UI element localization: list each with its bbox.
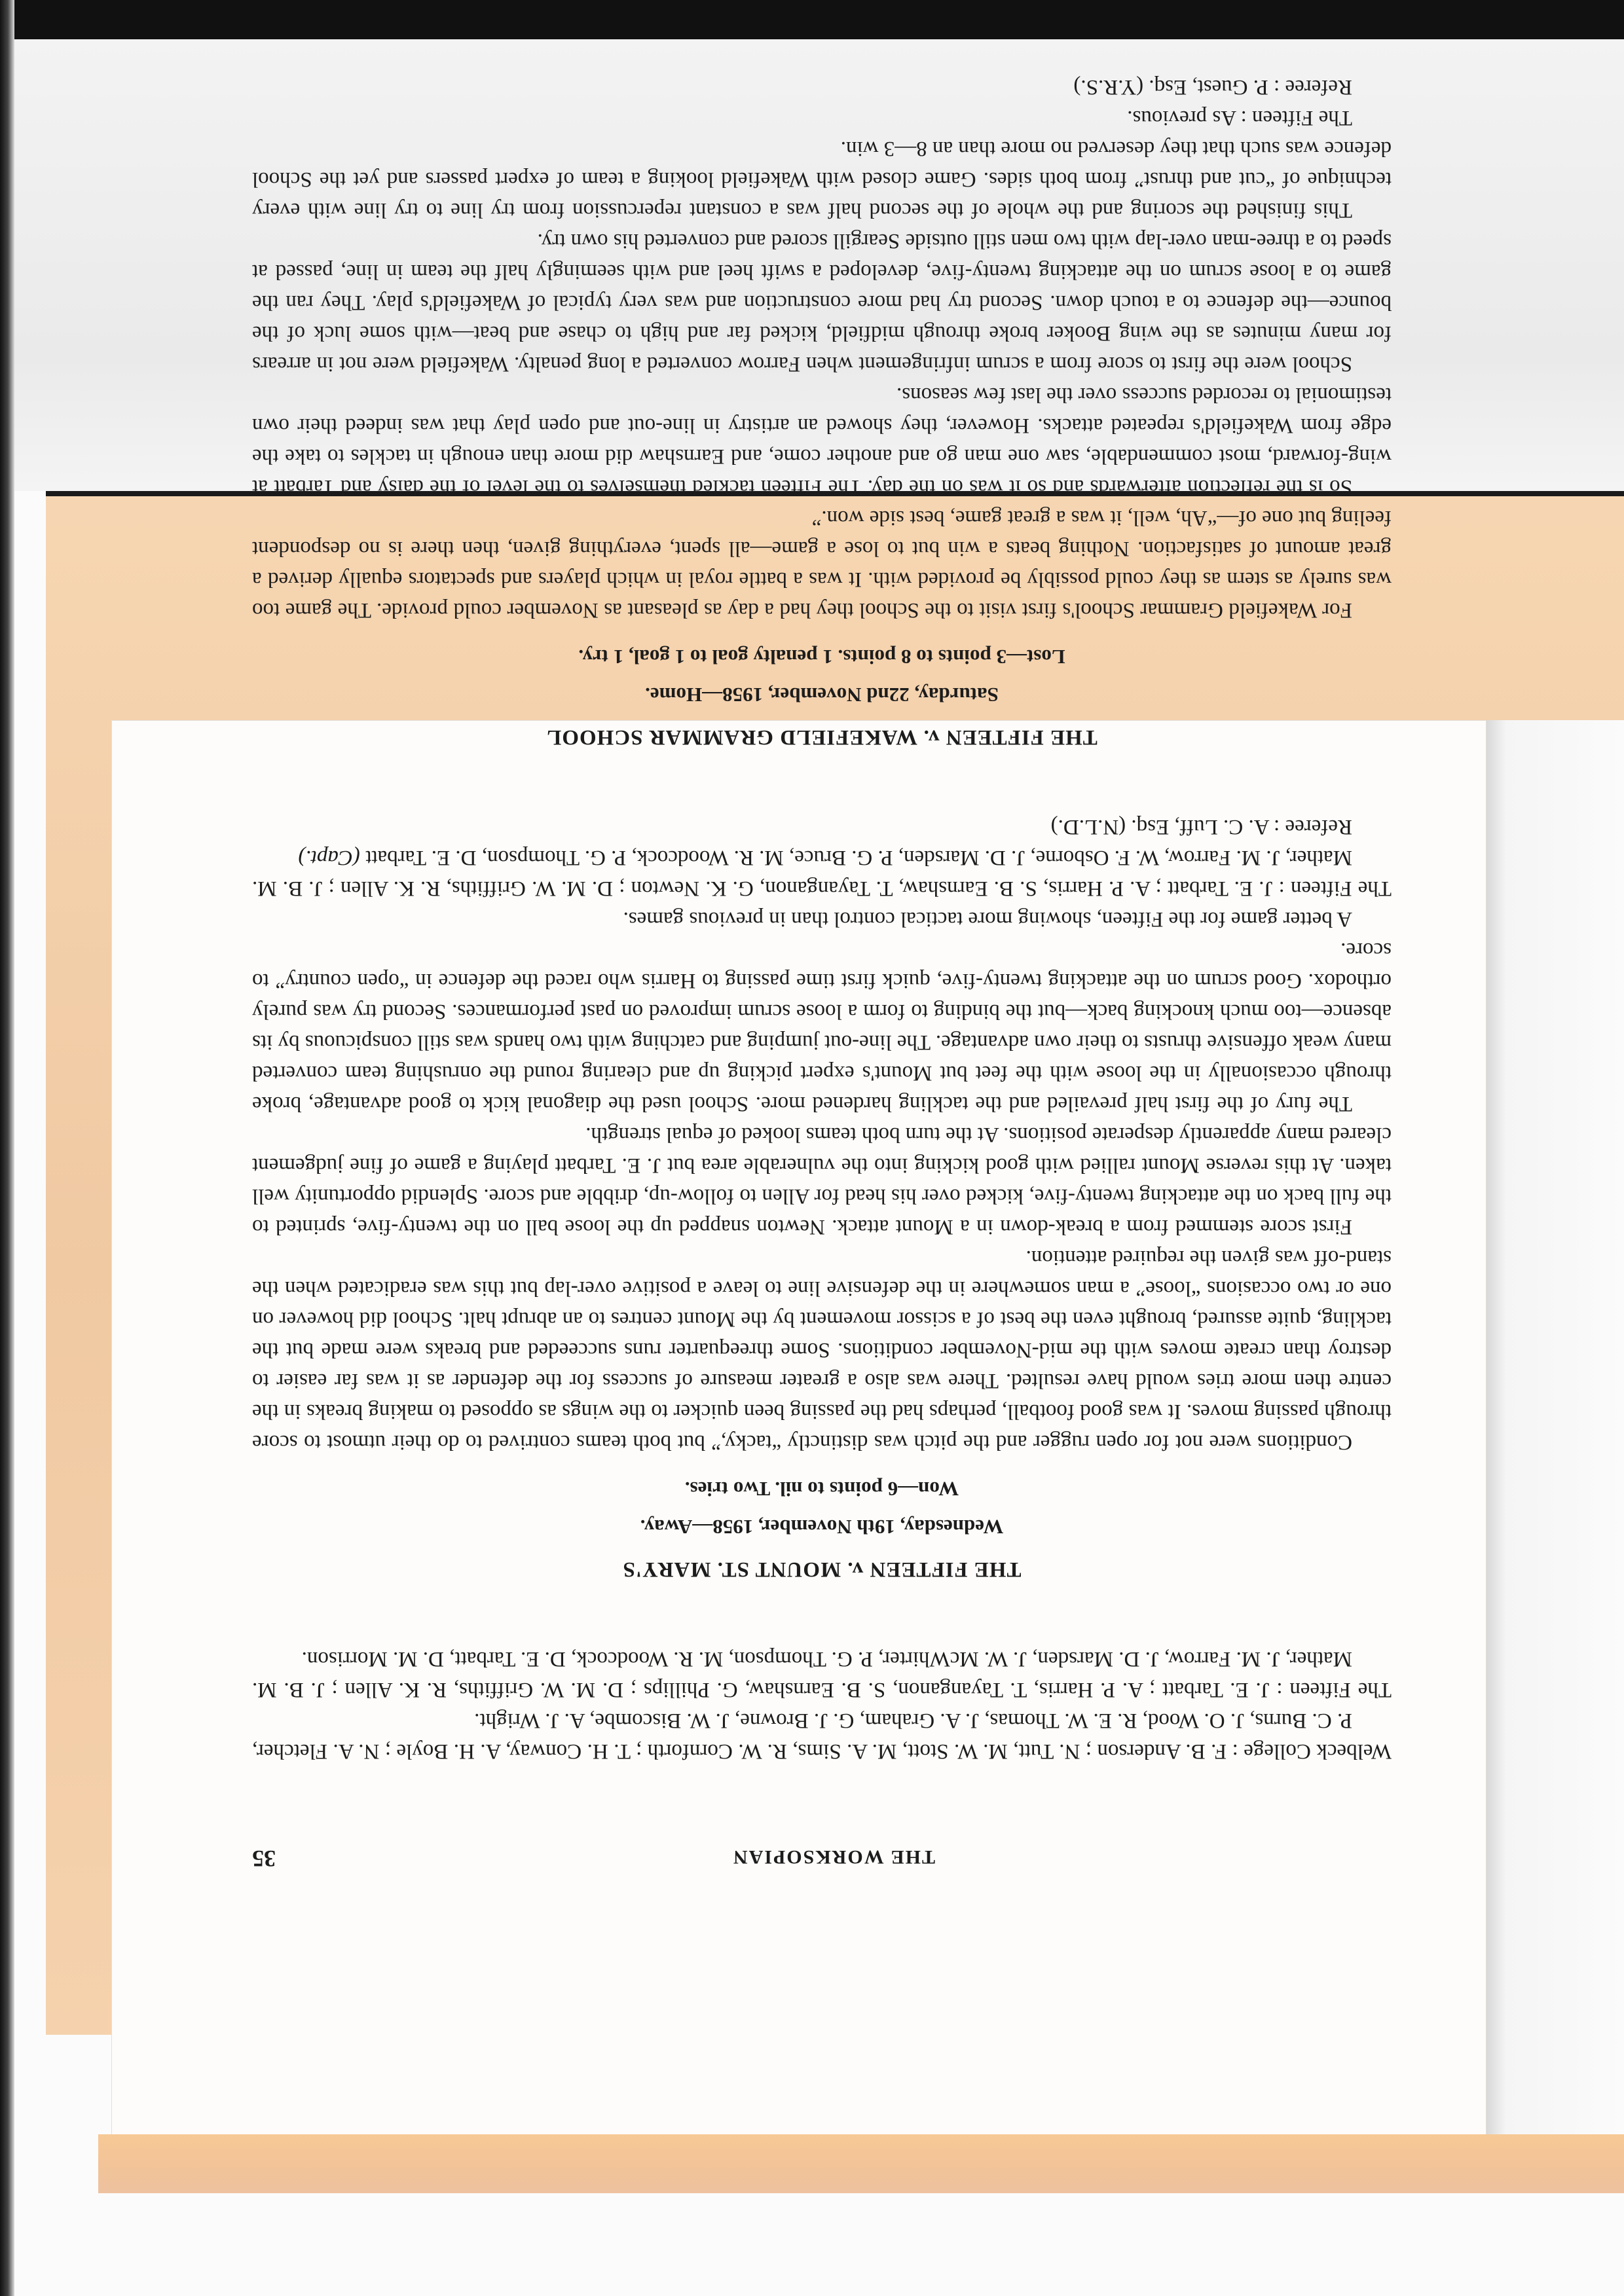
fifteen-label: The Fifteen : [1276, 1678, 1392, 1702]
match-title: THE FIFTEEN v. MOUNT ST. MARY'S [252, 1557, 1392, 1581]
referee-line: Referee : A. C. Luff, Esq. (N.L.D.) [252, 811, 1392, 842]
scan-background-left [0, 0, 14, 2296]
fifteen-team-list-prev: The Fifteen : J. E. Tarbatt ; A. P. Harr… [252, 1643, 1392, 1705]
fifteen-label: The Fifteen : [1279, 877, 1392, 900]
welbeck-label: Welbeck College : [1232, 1740, 1392, 1763]
fifteen-team-list: The Fifteen : As previous. [252, 102, 1392, 133]
match-result: Won—6 points to nil. Two tries. [252, 1477, 1392, 1501]
fifteen-label: The Fifteen : [1241, 106, 1352, 130]
page-number: 35 [252, 1845, 276, 1872]
match-date: Wednesday, 19th November, 1958—Away. [252, 1515, 1392, 1539]
referee-label: Referee : [1274, 815, 1352, 839]
report-paragraph: The fury of the first half prevailed and… [252, 934, 1392, 1119]
fifteen-players: J. E. Tarbatt ; A. P. Harris, T. Tayanga… [252, 1647, 1352, 1702]
rotated-page-content: THE WORKSOPIAN 35 Welbeck College : F. B… [111, 720, 1486, 2147]
referee-line: Referee : P. Guest, Esq. (Y.R.S.) [252, 71, 1392, 102]
facing-page-edge [1486, 720, 1624, 2147]
captain-mark: (Capt.) [298, 846, 360, 869]
welbeck-team-list: Welbeck College : F. B. Anderson ; N. Tu… [252, 1705, 1392, 1766]
match-report-mount-st-marys: THE FIFTEEN v. MOUNT ST. MARY'S Wednesda… [252, 811, 1392, 1581]
referee-name: P. Guest, Esq. (Y.R.S.) [1073, 75, 1268, 99]
running-title: THE WORKSOPIAN [276, 1846, 1392, 1868]
report-paragraph: A better game for the Fifteen, showing m… [252, 903, 1392, 934]
match-report-wakefield: THE FIFTEEN v. WAKEFIELD GRAMMAR SCHOOL … [252, 71, 1392, 749]
scan-background-top [0, 0, 1624, 39]
report-paragraph: School were the first to score from a sc… [252, 225, 1392, 379]
report-paragraph: So is the reflection afterwards and so i… [252, 379, 1392, 502]
page-text-column: THE WORKSOPIAN 35 Welbeck College : F. B… [252, 71, 1392, 1872]
fifteen-players: As previous. [1127, 106, 1236, 130]
fifteen-team-list: The Fifteen : J. E. Tarbatt ; A. P. Harr… [252, 842, 1392, 903]
report-paragraph: Conditions were not for open rugger and … [252, 1242, 1392, 1457]
report-paragraph: This finished the scoring and the whole … [252, 133, 1392, 225]
referee-name: A. C. Luff, Esq. (N.L.D.) [1051, 815, 1270, 839]
match-title: THE FIFTEEN v. WAKEFIELD GRAMMAR SCHOOL [252, 725, 1392, 749]
match-result: Lost—3 points to 8 points. 1 penalty goa… [252, 645, 1392, 668]
referee-label: Referee : [1274, 75, 1352, 99]
report-paragraph: For Wakefield Grammar School's first vis… [252, 502, 1392, 625]
fifteen-players: J. E. Tarbatt ; A. P. Harris, S. B. Earn… [252, 846, 1352, 900]
welbeck-players: F. B. Anderson ; N. Tutt, M. W. Stott, M… [252, 1709, 1352, 1763]
running-head: THE WORKSOPIAN 35 [252, 1845, 1392, 1872]
match-date: Saturday, 22nd November, 1958—Home. [252, 683, 1392, 706]
report-paragraph: First score stemmed from a break-down in… [252, 1119, 1392, 1242]
